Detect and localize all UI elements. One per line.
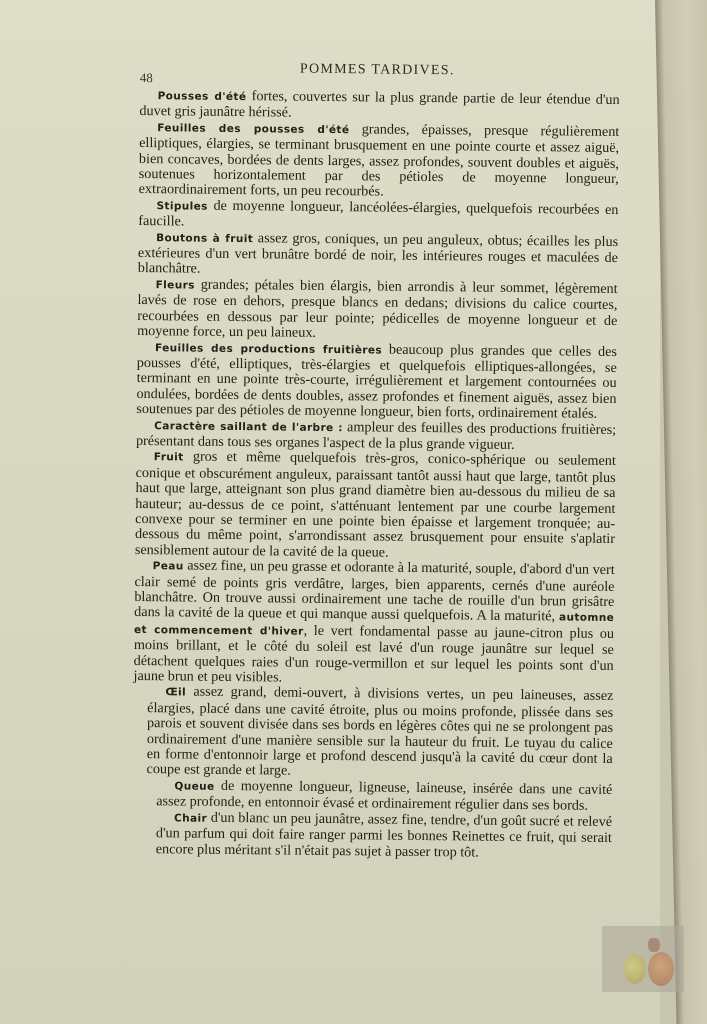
paragraph-body: assez fine, un peu grasse et odorante à … bbox=[134, 558, 615, 625]
paragraph-fleurs: Fleurs grandes; pétales bien élargis, bi… bbox=[137, 277, 618, 345]
paragraph-body: gros et même quelquefois très-gros, coni… bbox=[135, 449, 616, 561]
lead-term: Fruit bbox=[154, 452, 184, 464]
lead-term: Feuilles des productions fruitières bbox=[155, 342, 382, 356]
paragraph-chair: Chair d'un blanc un peu jaunâtre, assez … bbox=[156, 810, 612, 862]
paragraph-feuilles-productions: Feuilles des productions fruitières beau… bbox=[136, 339, 617, 422]
adjacent-page-edge bbox=[655, 0, 707, 1024]
apple-stem-icon bbox=[648, 938, 660, 952]
lead-term: Chair bbox=[174, 812, 207, 824]
paragraph-pousses: Pousses d'été fortes, couvertes sur la p… bbox=[139, 88, 619, 125]
paragraph-body: de moyenne longueur, ligneuse, laineuse,… bbox=[156, 778, 612, 814]
lead-term: Caractère saillant de l'arbre : bbox=[154, 420, 343, 434]
paragraph-feuilles-pousses: Feuilles des pousses d'été grandes, épai… bbox=[139, 120, 620, 203]
paragraph-body: d'un blanc un peu jaunâtre, assez fine, … bbox=[156, 809, 612, 860]
paragraph-boutons: Boutons à fruit assez gros, coniques, un… bbox=[138, 230, 618, 282]
lead-term: Œil bbox=[165, 687, 186, 699]
paragraph-fruit: Fruit gros et même quelquefois très-gros… bbox=[135, 449, 616, 563]
apple-thumbnail-watermark bbox=[602, 926, 684, 992]
paragraph-stipules: Stipules de moyenne longueur, lancéolées… bbox=[138, 198, 618, 235]
paragraph-oeil: Œil assez grand, demi-ouvert, à division… bbox=[146, 685, 613, 783]
paragraph-peau: Peau assez fine, un peu grasse et odoran… bbox=[133, 558, 614, 689]
lead-term: Boutons à fruit bbox=[156, 232, 253, 245]
paragraph-body: assez grand, demi-ouvert, à divisions ve… bbox=[146, 684, 613, 779]
apple-icon bbox=[648, 952, 674, 986]
paragraph-body: de moyenne longueur, lancéolées-élargies… bbox=[138, 198, 618, 230]
paragraph-body: grandes; pétales bien élargis, bien arro… bbox=[137, 276, 618, 340]
lead-term: Feuilles des pousses d'été bbox=[157, 122, 349, 136]
page-number: 48 bbox=[140, 70, 153, 86]
page-text-block: 48 POMMES TARDIVES. Pousses d'été fortes… bbox=[132, 60, 620, 862]
lead-term: Queue bbox=[174, 780, 214, 792]
lead-term: Pousses d'été bbox=[158, 90, 247, 103]
lead-term: Fleurs bbox=[156, 279, 195, 291]
running-title: POMMES TARDIVES. bbox=[300, 62, 455, 80]
running-head: 48 POMMES TARDIVES. bbox=[140, 60, 620, 93]
apple-icon bbox=[624, 954, 646, 984]
lead-term: Stipules bbox=[156, 200, 207, 213]
lead-term: Peau bbox=[153, 560, 184, 572]
